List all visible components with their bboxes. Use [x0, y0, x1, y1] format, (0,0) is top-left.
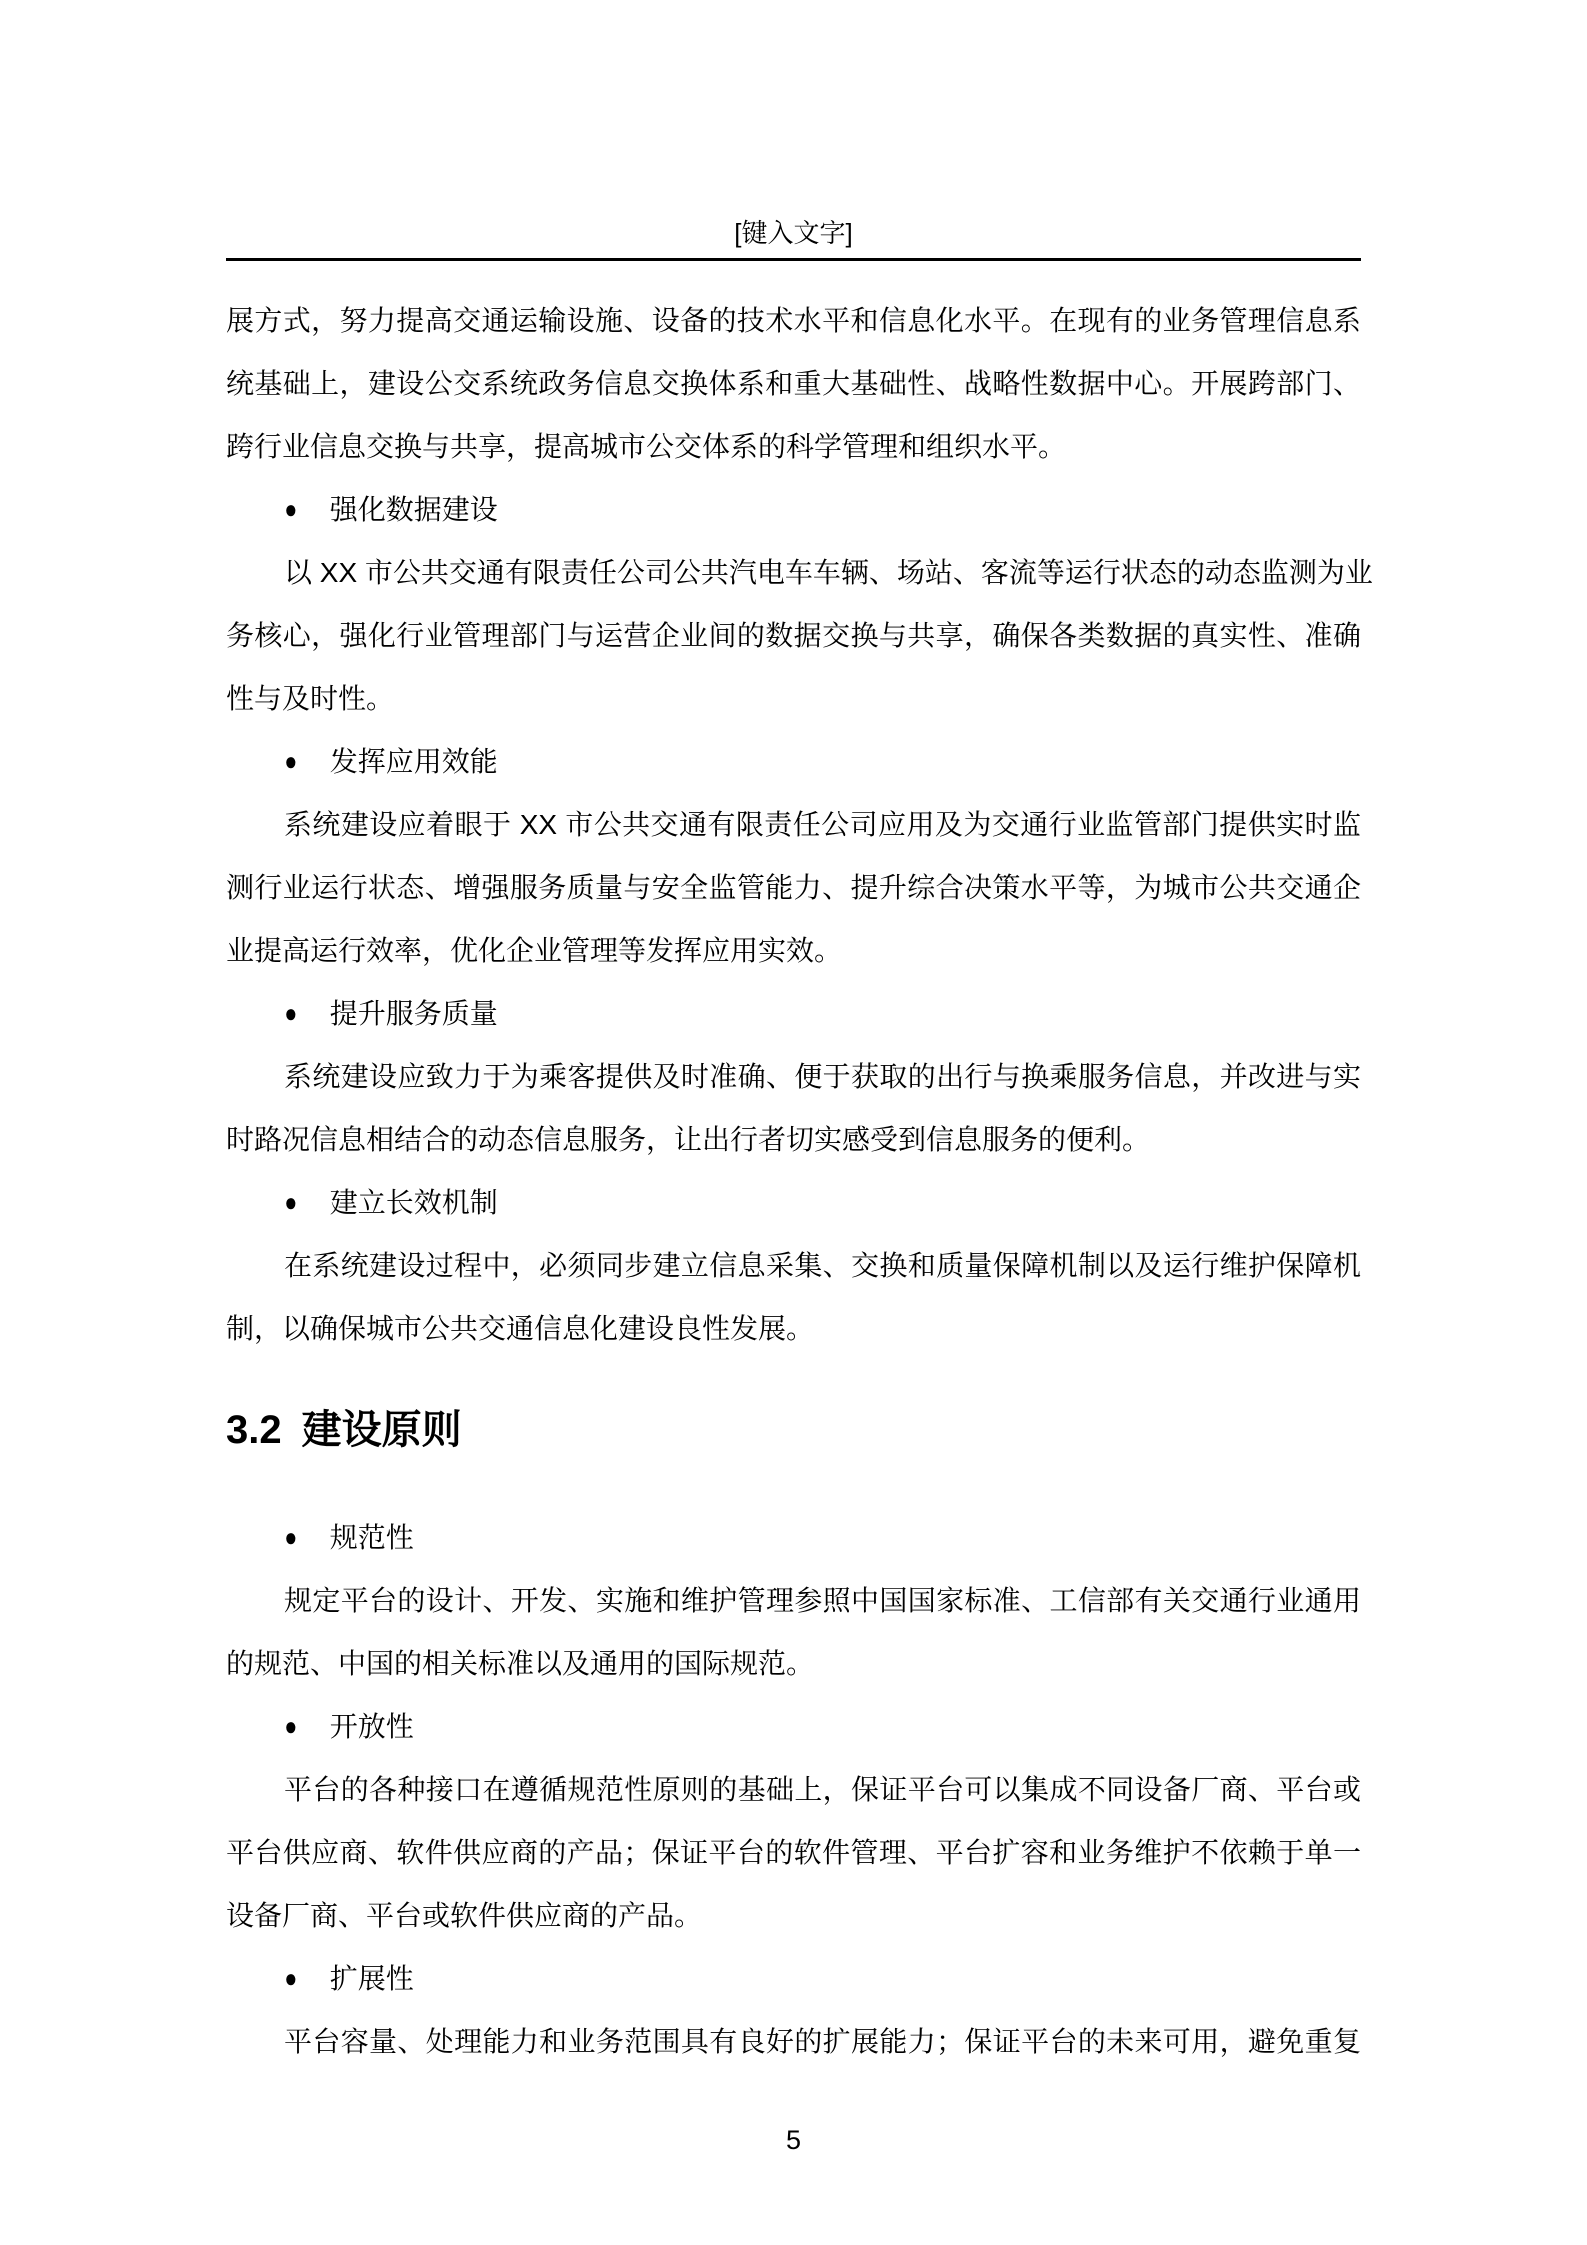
text-line: 务核心，强化行业管理部门与运营企业间的数据交换与共享，确保各类数据的真实性、准确	[226, 604, 1361, 667]
text-line: 系统建设应着眼于 XX 市公共交通有限责任公司应用及为交通行业监管部门提供实时监	[226, 793, 1361, 856]
section-heading: 3.2建设原则	[226, 1408, 1361, 1452]
text-line: 统基础上，建设公交系统政务信息交换体系和重大基础性、战略性数据中心。开展跨部门、	[226, 352, 1361, 415]
page-number: 5	[786, 2125, 801, 2155]
text-line: 以 XX 市公共交通有限责任公司公共汽电车车辆、场站、客流等运行状态的动态监测为…	[226, 541, 1361, 604]
text-line: 系统建设应致力于为乘客提供及时准确、便于获取的出行与换乘服务信息，并改进与实	[226, 1045, 1361, 1108]
list-item: ● 强化数据建设	[226, 478, 1361, 541]
bullet-label: 强化数据建设	[330, 478, 498, 541]
text-line: 展方式，努力提高交通运输设施、设备的技术水平和信息化水平。在现有的业务管理信息系	[226, 289, 1361, 352]
list-item: ● 发挥应用效能	[226, 730, 1361, 793]
bullet-label: 建立长效机制	[330, 1171, 498, 1234]
text-line: 在系统建设过程中，必须同步建立信息采集、交换和质量保障机制以及运行维护保障机	[226, 1234, 1361, 1297]
heading-number: 3.2	[226, 1408, 282, 1452]
list-item: ● 扩展性	[226, 1947, 1361, 2010]
list-item: ● 开放性	[226, 1695, 1361, 1758]
bullet-label: 规范性	[330, 1506, 414, 1569]
paragraph: 以 XX 市公共交通有限责任公司公共汽电车车辆、场站、客流等运行状态的动态监测为…	[226, 541, 1361, 730]
text-line: 跨行业信息交换与共享，提高城市公交体系的科学管理和组织水平。	[226, 415, 1361, 478]
paragraph: 展方式，努力提高交通运输设施、设备的技术水平和信息化水平。在现有的业务管理信息系…	[226, 289, 1361, 478]
paragraph: 规定平台的设计、开发、实施和维护管理参照中国国家标准、工信部有关交通行业通用 的…	[226, 1569, 1361, 1695]
bullet-label: 扩展性	[330, 1947, 414, 2010]
text-line: 时路况信息相结合的动态信息服务，让出行者切实感受到信息服务的便利。	[226, 1108, 1361, 1171]
paragraph: 系统建设应致力于为乘客提供及时准确、便于获取的出行与换乘服务信息，并改进与实 时…	[226, 1045, 1361, 1171]
paragraph: 在系统建设过程中，必须同步建立信息采集、交换和质量保障机制以及运行维护保障机 制…	[226, 1234, 1361, 1360]
bullet-label: 提升服务质量	[330, 982, 498, 1045]
document-page: [键入文字] 展方式，努力提高交通运输设施、设备的技术水平和信息化水平。在现有的…	[0, 0, 1587, 2245]
text-line: 平台容量、处理能力和业务范围具有良好的扩展能力；保证平台的未来可用，避免重复	[226, 2010, 1361, 2073]
text-line: 平台供应商、软件供应商的产品；保证平台的软件管理、平台扩容和业务维护不依赖于单一	[226, 1821, 1361, 1884]
text-line: 性与及时性。	[226, 667, 1361, 730]
paragraph: 平台容量、处理能力和业务范围具有良好的扩展能力；保证平台的未来可用，避免重复	[226, 2010, 1361, 2073]
bullet-label: 开放性	[330, 1695, 414, 1758]
bullet-icon: ●	[284, 478, 297, 541]
text-line: 业提高运行效率，优化企业管理等发挥应用实效。	[226, 919, 1361, 982]
list-item: ● 建立长效机制	[226, 1171, 1361, 1234]
header-text: [键入文字]	[734, 213, 852, 250]
bullet-icon: ●	[284, 1695, 297, 1758]
paragraph: 系统建设应着眼于 XX 市公共交通有限责任公司应用及为交通行业监管部门提供实时监…	[226, 793, 1361, 982]
bullet-icon: ●	[284, 730, 297, 793]
text-line: 规定平台的设计、开发、实施和维护管理参照中国国家标准、工信部有关交通行业通用	[226, 1569, 1361, 1632]
paragraph: 平台的各种接口在遵循规范性原则的基础上，保证平台可以集成不同设备厂商、平台或 平…	[226, 1758, 1361, 1947]
page-footer: 5	[0, 2114, 1587, 2166]
text-line: 制，以确保城市公共交通信息化建设良性发展。	[226, 1297, 1361, 1360]
page-header: [键入文字]	[226, 0, 1361, 261]
bullet-icon: ●	[284, 1947, 297, 2010]
document-body: 展方式，努力提高交通运输设施、设备的技术水平和信息化水平。在现有的业务管理信息系…	[226, 289, 1361, 2073]
list-item: ● 规范性	[226, 1506, 1361, 1569]
text-line: 设备厂商、平台或软件供应商的产品。	[226, 1884, 1361, 1947]
list-item: ● 提升服务质量	[226, 982, 1361, 1045]
text-line: 平台的各种接口在遵循规范性原则的基础上，保证平台可以集成不同设备厂商、平台或	[226, 1758, 1361, 1821]
text-line: 测行业运行状态、增强服务质量与安全监管能力、提升综合决策水平等，为城市公共交通企	[226, 856, 1361, 919]
bullet-icon: ●	[284, 1506, 297, 1569]
bullet-icon: ●	[284, 982, 297, 1045]
text-line: 的规范、中国的相关标准以及通用的国际规范。	[226, 1632, 1361, 1695]
bullet-label: 发挥应用效能	[330, 730, 498, 793]
heading-title: 建设原则	[302, 1408, 462, 1452]
bullet-icon: ●	[284, 1171, 297, 1234]
